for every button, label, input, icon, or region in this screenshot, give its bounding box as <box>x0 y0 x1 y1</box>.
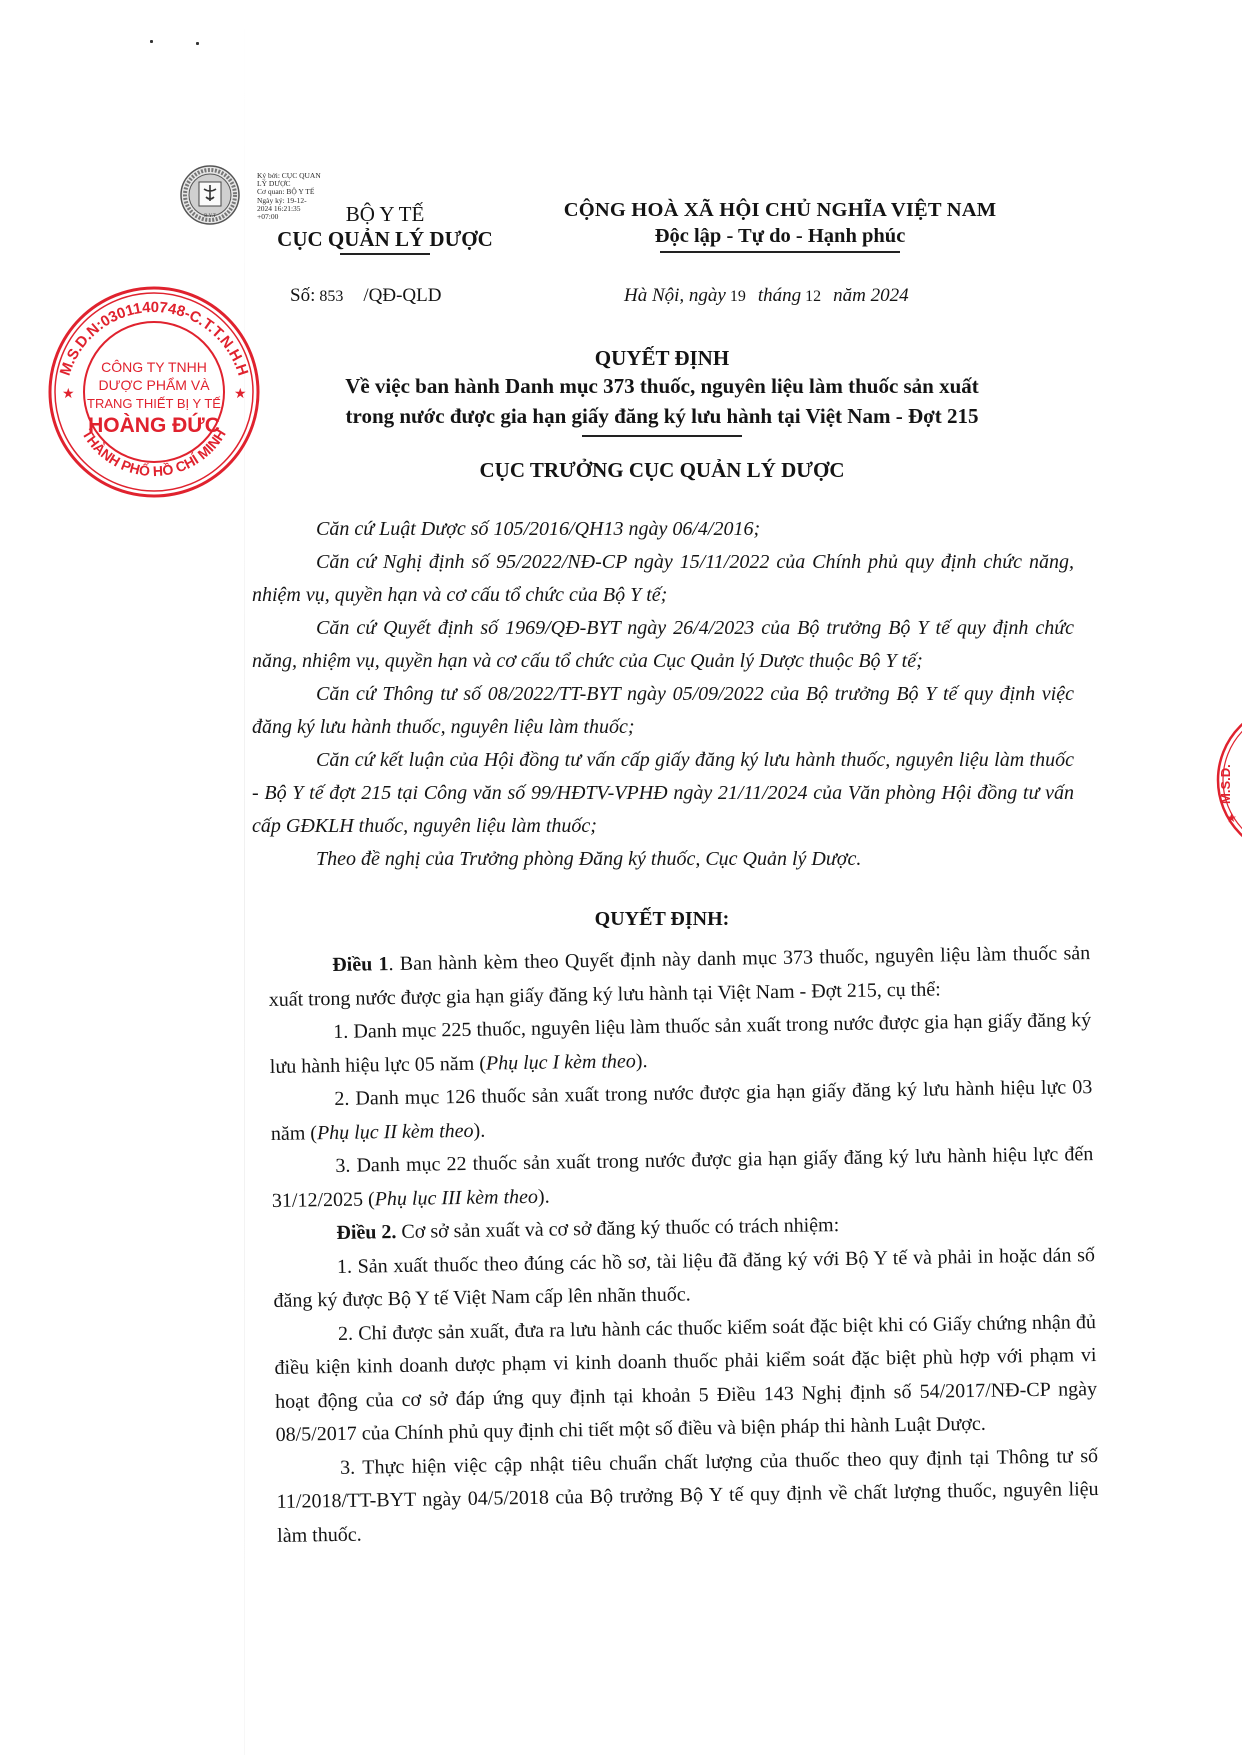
legal-basis-item: Căn cứ Thông tư số 08/2022/TT-BYT ngày 0… <box>252 678 1074 744</box>
annex-reference: Phụ lục II kèm theo <box>317 1119 474 1143</box>
svg-text:★: ★ <box>62 387 75 402</box>
doc-number-prefix: Số: <box>290 285 315 306</box>
document-title-block: QUYẾT ĐỊNH Về việc ban hành Danh mục 373… <box>262 345 1062 437</box>
divider <box>582 435 742 437</box>
legal-basis-item: Căn cứ Nghị định số 95/2022/NĐ-CP ngày 1… <box>252 546 1074 612</box>
divider <box>660 251 900 253</box>
national-heading: CỘNG HOÀ XÃ HỘI CHỦ NGHĨA VIỆT NAM Độc l… <box>520 198 1040 253</box>
ministry-name: BỘ Y TẾ <box>230 202 540 226</box>
date-place-label: Hà Nội, ngày <box>624 285 726 306</box>
article-2-item: 3. Thực hiện việc cập nhật tiêu chuẩn ch… <box>276 1440 1099 1553</box>
article-item-end: ). <box>538 1185 550 1207</box>
national-motto: Độc lập - Tự do - Hạnh phúc <box>520 223 1040 249</box>
doc-number-value: 853 <box>319 288 343 305</box>
svg-text:B.Y.T: B.Y.T <box>204 214 216 219</box>
legal-basis-item: Căn cứ Luật Dược số 105/2016/QH13 ngày 0… <box>252 513 1074 546</box>
legal-basis-item: Căn cứ kết luận của Hội đồng tư vấn cấp … <box>252 744 1074 843</box>
annex-reference: Phụ lục III kèm theo <box>375 1185 539 1210</box>
scan-speck <box>196 42 199 45</box>
scan-page-edge <box>244 0 245 1755</box>
date-year: năm 2024 <box>833 285 908 306</box>
doc-number-suffix: /QĐ-QLD <box>363 285 441 306</box>
article-label: Điều 2. <box>336 1221 396 1244</box>
svg-text:TRANG THIẾT BỊ Y TẾ: TRANG THIẾT BỊ Y TẾ <box>87 396 221 411</box>
article-text: . Ban hành kèm theo Quyết định này danh … <box>269 942 1091 1010</box>
department-name: CỤC QUẢN LÝ DƯỢC <box>230 226 540 252</box>
document-subtitle-line2: trong nước được gia hạn giấy đăng ký lưu… <box>262 401 1062 431</box>
svg-text:DƯỢC PHẨM VÀ: DƯỢC PHẨM VÀ <box>98 376 210 393</box>
article-text: Cơ sở sản xuất và cơ sở đăng ký thuốc có… <box>396 1214 839 1243</box>
scan-speck <box>150 40 153 43</box>
article-1-intro: Điều 1. Ban hành kèm theo Quyết định này… <box>268 937 1091 1017</box>
article-2-item: 2. Chỉ được sản xuất, đưa ra lưu hành cá… <box>274 1306 1098 1453</box>
article-item-end: ). <box>473 1119 485 1141</box>
document-date: Hà Nội, ngày19tháng12năm 2024 <box>624 285 909 307</box>
decision-articles: Điều 1. Ban hành kèm theo Quyết định này… <box>268 937 1099 1553</box>
issuing-authority: CỤC TRƯỞNG CỤC QUẢN LÝ DƯỢC <box>262 458 1062 483</box>
annex-reference: Phụ lục I kèm theo <box>486 1050 636 1074</box>
article-item-end: ). <box>636 1050 648 1072</box>
document-subtitle-line1: Về việc ban hành Danh mục 373 thuốc, ngu… <box>262 371 1062 401</box>
article-label: Điều 1 <box>332 953 389 976</box>
svg-text:HOÀNG ĐỨC: HOÀNG ĐỨC <box>88 413 220 437</box>
svg-text:★: ★ <box>234 387 247 402</box>
legal-basis-item: Căn cứ Quyết định số 1969/QĐ-BYT ngày 26… <box>252 612 1074 678</box>
svg-text:CÔNG TY TNHH: CÔNG TY TNHH <box>101 359 207 375</box>
legal-bases: Căn cứ Luật Dược số 105/2016/QH13 ngày 0… <box>252 513 1074 876</box>
issuing-agency: BỘ Y TẾ CỤC QUẢN LÝ DƯỢC <box>230 202 540 255</box>
legal-basis-item: Theo đề nghị của Trưởng phòng Đăng ký th… <box>252 843 1074 876</box>
decision-heading: QUYẾT ĐỊNH: <box>262 908 1062 931</box>
date-day: 19 <box>730 288 746 305</box>
article-1-item: 1. Danh mục 225 thuốc, nguyên liệu làm t… <box>269 1004 1092 1084</box>
divider <box>340 253 430 255</box>
document-number: Số:853/QĐ-QLD <box>290 285 441 307</box>
partial-stamp-icon: M.S.D. ★ <box>1204 700 1242 860</box>
company-stamp-icon: M.S.D.N:0301140748-C.T.T.N.H.H THÀNH PHỐ… <box>44 282 264 502</box>
article-item-text: 1. Danh mục 225 thuốc, nguyên liệu làm t… <box>270 1009 1092 1077</box>
svg-text:★: ★ <box>1226 811 1237 825</box>
republic-name: CỘNG HOÀ XÃ HỘI CHỦ NGHĨA VIỆT NAM <box>520 198 1040 223</box>
partial-stamp: M.S.D. ★ <box>1204 700 1242 860</box>
svg-text:M.S.D.: M.S.D. <box>1218 764 1233 804</box>
date-month: 12 <box>805 288 821 305</box>
document-title: QUYẾT ĐỊNH <box>262 345 1062 371</box>
date-month-label: tháng <box>758 285 801 306</box>
article-1-item: 3. Danh mục 22 thuốc sản xuất trong nước… <box>271 1138 1094 1218</box>
article-1-item: 2. Danh mục 126 thuốc sản xuất trong nướ… <box>270 1071 1093 1151</box>
